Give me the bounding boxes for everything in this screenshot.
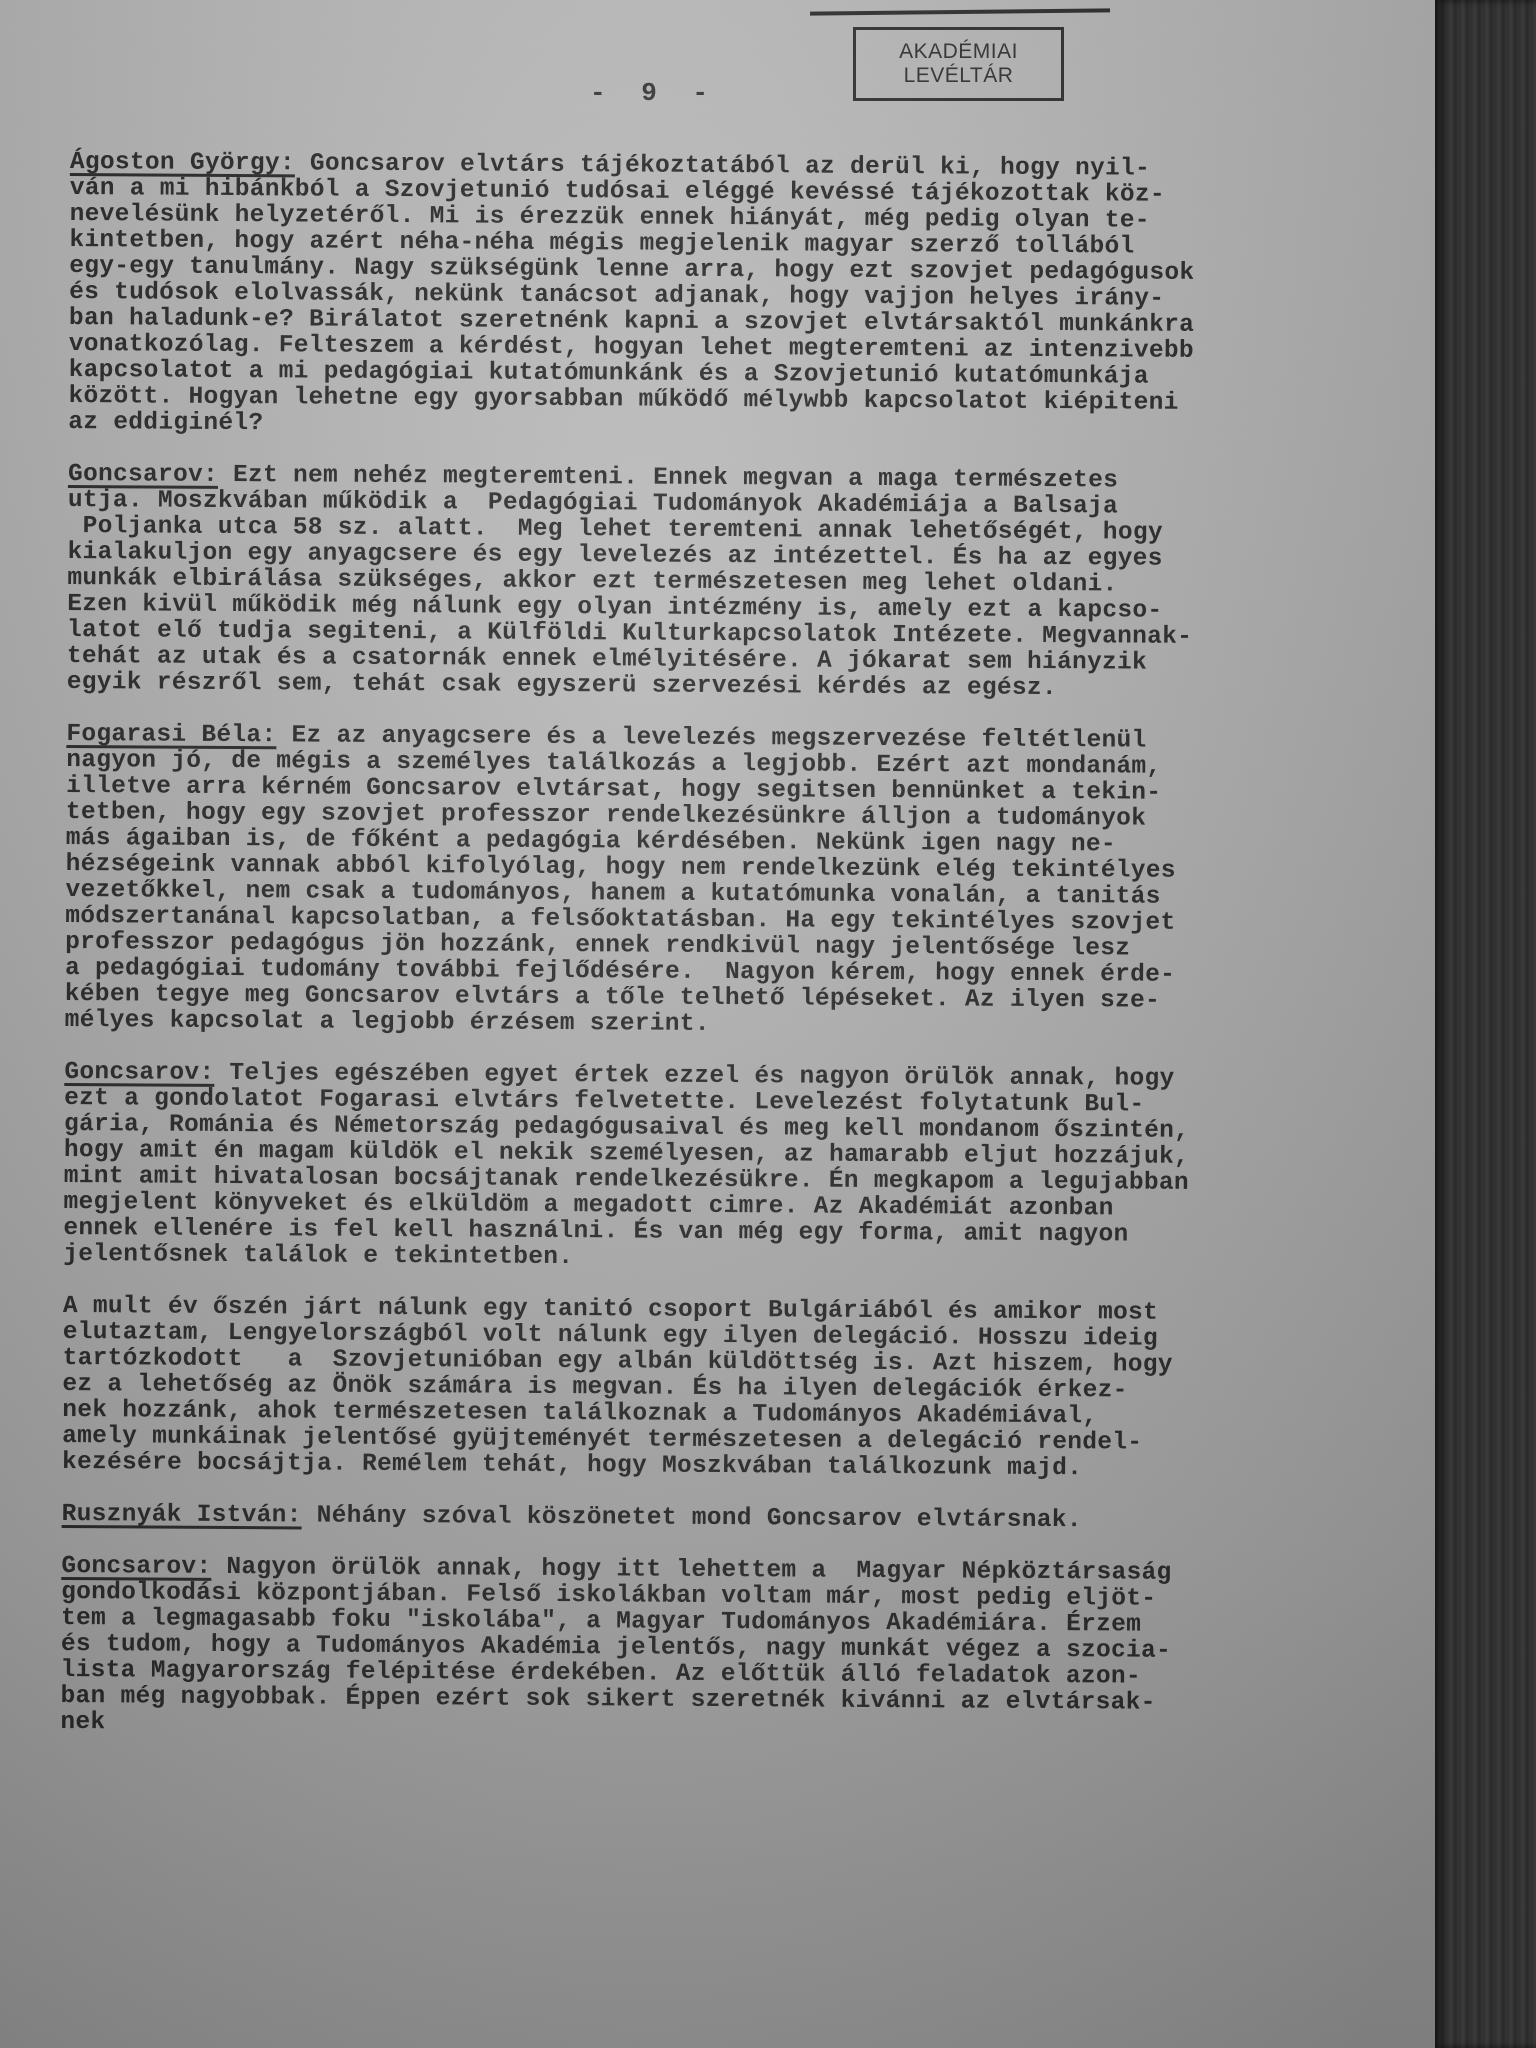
document-page: AKADÉMIAI LEVÉLTÁR - 9 - Ágoston György:…: [0, 0, 1435, 2048]
line-text: mélyes kapcsolat a legjobb érzésem szeri…: [65, 1007, 710, 1038]
speaker-name: Rusznyák István:: [62, 1501, 302, 1529]
binder-edge: [1435, 0, 1536, 2048]
stamp-line-1: AKADÉMIAI: [899, 40, 1018, 64]
line-text: jelentősnek találok e tekintetben.: [63, 1241, 573, 1271]
line-text: nek: [60, 1709, 105, 1736]
transcript-paragraph: A mult év őszén járt nálunk egy tanitó c…: [62, 1294, 1423, 1484]
speaker-name: Goncsarov:: [64, 1059, 214, 1087]
line-text: Néhány szóval köszönetet mond Goncsarov …: [302, 1502, 1082, 1534]
archive-stamp: AKADÉMIAI LEVÉLTÁR: [853, 27, 1064, 101]
line-text: az eddiginél?: [68, 409, 263, 437]
transcript-body: Ágoston György: Goncsarov elvtárs tájéko…: [60, 150, 1430, 1770]
line-text: kezésére bocsájtja. Remélem tehát, hogy …: [62, 1449, 1082, 1482]
speaker-name: Ágoston György:: [70, 149, 295, 177]
speaker-name: Goncsarov:: [68, 461, 218, 489]
speaker-name: Goncsarov:: [61, 1553, 211, 1581]
transcript-paragraph: Rusznyák István: Néhány szóval köszönete…: [62, 1502, 1422, 1536]
transcript-paragraph: Ágoston György: Goncsarov elvtárs tájéko…: [68, 150, 1430, 444]
stamp-line-2: LEVÉLTÁR: [904, 64, 1014, 88]
line-text: egyik részről sem, tehát csak egyszerü s…: [67, 669, 1057, 702]
transcript-paragraph: Fogarasi Béla: Ez az anyagcsere és a lev…: [65, 722, 1427, 1042]
transcript-paragraph: Goncsarov: Nagyon örülök annak, hogy itt…: [60, 1554, 1421, 1744]
transcript-paragraph: Goncsarov: Teljes egészében egyet értek …: [63, 1060, 1424, 1276]
transcript-paragraph: Goncsarov: Ezt nem nehéz megteremteni. E…: [67, 462, 1428, 704]
speaker-name: Fogarasi Béla:: [66, 721, 276, 749]
text-line: Rusznyák István: Néhány szóval köszönete…: [62, 1502, 1422, 1536]
page-number: - 9 -: [590, 78, 718, 108]
handwritten-mark: [810, 0, 1110, 15]
